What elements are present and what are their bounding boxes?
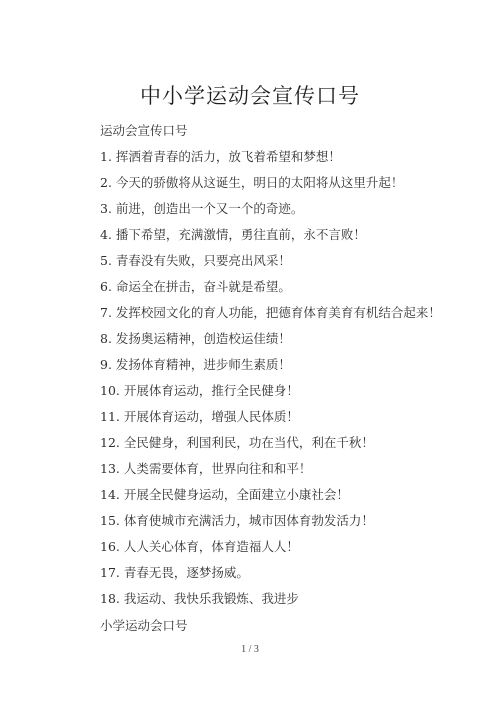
section-heading: 小学运动会口号 — [100, 618, 188, 634]
slogan-line: 1. 挥洒着青春的活力，放飞着希望和梦想！ — [100, 149, 341, 165]
slogan-line: 5. 青春没有失败，只要亮出风采！ — [100, 253, 291, 269]
slogan-line: 2. 今天的骄傲将从这诞生，明日的太阳将从这里升起！ — [100, 175, 403, 191]
slogan-line: 12. 全民健身，利国利民，功在当代，利在千秋！ — [100, 435, 374, 451]
slogan-line: 17. 青春无畏，逐梦扬威。 — [100, 565, 249, 581]
slogan-line: 11. 开展体育运动，增强人民体质！ — [100, 409, 299, 425]
slogan-line: 8. 发扬奥运精神，创造校运佳绩！ — [100, 331, 291, 347]
slogan-line: 10. 开展体育运动，推行全民健身！ — [100, 383, 299, 399]
slogan-line: 9. 发扬体育精神，进步师生素质！ — [100, 357, 291, 373]
slogan-line: 7. 发挥校园文化的育人功能，把德育体育美育有机结合起来！ — [100, 305, 441, 321]
slogan-line: 16. 人人关心体育，体育造福人人！ — [100, 539, 299, 555]
document-title: 中小学运动会宣传口号 — [0, 80, 500, 110]
slogan-line: 6. 命运全在拼击，奋斗就是希望。 — [100, 279, 291, 295]
slogan-line: 13. 人类需要体育，世界向往和和平！ — [100, 461, 311, 477]
slogan-line: 3. 前进，创造出一个又一个的奇迹。 — [100, 201, 303, 217]
slogan-line: 15. 体育使城市充满活力，城市因体育勃发活力！ — [100, 513, 374, 529]
slogan-line: 18. 我运动、我快乐我锻炼、我进步 — [100, 591, 299, 607]
page-number: 1 / 3 — [0, 644, 500, 655]
subtitle: 运动会宣传口号 — [100, 123, 188, 139]
slogan-line: 14. 开展全民健身运动，全面建立小康社会！ — [100, 487, 349, 503]
slogan-line: 4. 播下希望，充满激情，勇往直前，永不言败！ — [100, 227, 366, 243]
